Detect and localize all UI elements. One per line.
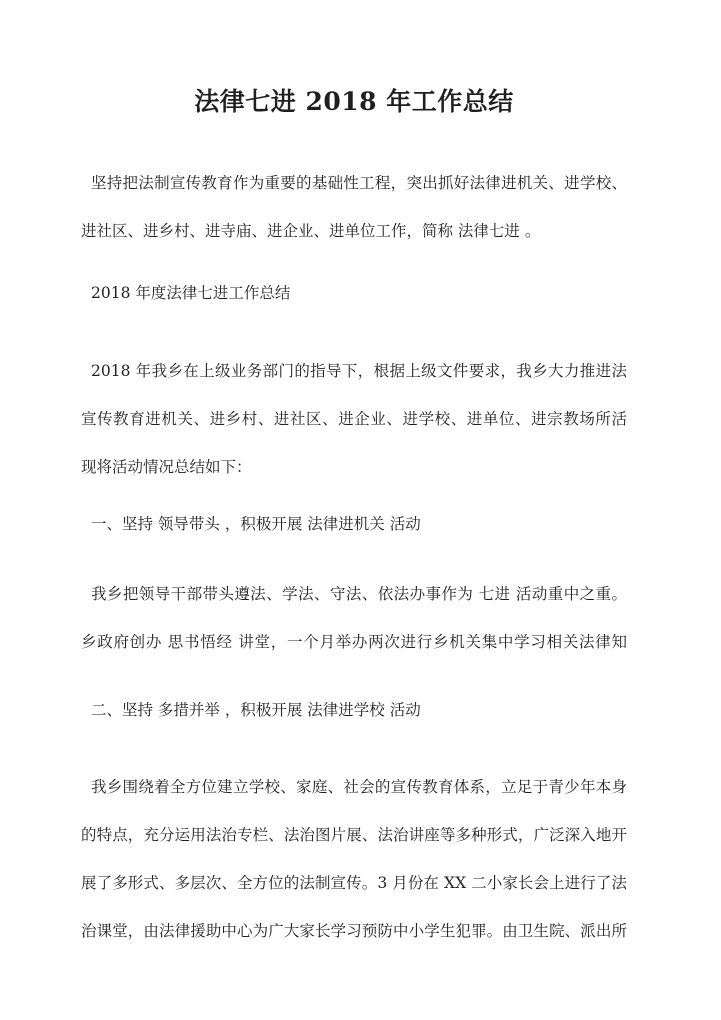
text-line: 乡政府创办 思书悟经 讲堂，一个月举办两次进行乡机关集中学习相关法律知识。 [81, 618, 627, 666]
section-2-paragraph: 我乡围绕着全方位建立学校、家庭、社会的宣传教育体系，立足于青少年本身的特点，充分… [81, 763, 627, 955]
text-line: 二、坚持 多措并举 ，积极开展 法律进学校 活动 [81, 686, 627, 734]
text-line: 一、坚持 领导带头 ，积极开展 法律进机关 活动 [81, 500, 627, 548]
text-line: 2018 年我乡在上级业务部门的指导下，根据上级文件要求，我乡大力推进法治 [81, 347, 627, 395]
section-1-heading: 一、坚持 领导带头 ，积极开展 法律进机关 活动 [81, 500, 627, 548]
text-line: 现将活动情况总结如下： [81, 443, 627, 491]
section-2-heading: 二、坚持 多措并举 ，积极开展 法律进学校 活动 [81, 686, 627, 734]
text-line: 坚持把法制宣传教育作为重要的基础性工程，突出抓好法律进机关、进学校、 [81, 159, 627, 207]
document-page: 法律七进 2018 年工作总结 坚持把法制宣传教育作为重要的基础性工程，突出抓好… [0, 0, 721, 1020]
document-body: 坚持把法制宣传教育作为重要的基础性工程，突出抓好法律进机关、进学校、进社区、进乡… [81, 159, 627, 955]
text-line: 的特点，充分运用法治专栏、法治图片展、法治讲座等多种形式，广泛深入地开 [81, 811, 627, 859]
overview-paragraph: 2018 年我乡在上级业务部门的指导下，根据上级文件要求，我乡大力推进法治宣传教… [81, 347, 627, 491]
section-1-paragraph: 我乡把领导干部带头遵法、学法、守法、依法办事作为 七进 活动重中之重。乡政府创办… [81, 570, 627, 666]
text-line: 我乡围绕着全方位建立学校、家庭、社会的宣传教育体系，立足于青少年本身 [81, 763, 627, 811]
document-content: 法律七进 2018 年工作总结 坚持把法制宣传教育作为重要的基础性工程，突出抓好… [0, 85, 721, 955]
page-title: 法律七进 2018 年工作总结 [81, 85, 627, 119]
text-line: 宣传教育进机关、进乡村、进社区、进企业、进学校、进单位、进宗教场所活动。 [81, 395, 627, 443]
text-line: 治课堂，由法律援助中心为广大家长学习预防中小学生犯罪。由卫生院、派出所 [81, 907, 627, 955]
text-line: 2018 年度法律七进工作总结 [81, 269, 627, 317]
text-line: 进社区、进乡村、进寺庙、进企业、进单位工作，简称 法律七进 。 [81, 207, 627, 255]
text-line: 展了多形式、多层次、全方位的法制宣传。3 月份在 XX 二小家长会上进行了法 [81, 859, 627, 907]
subtitle-paragraph: 2018 年度法律七进工作总结 [81, 269, 627, 317]
text-line: 我乡把领导干部带头遵法、学法、守法、依法办事作为 七进 活动重中之重。 [81, 570, 627, 618]
intro-paragraph: 坚持把法制宣传教育作为重要的基础性工程，突出抓好法律进机关、进学校、进社区、进乡… [81, 159, 627, 255]
